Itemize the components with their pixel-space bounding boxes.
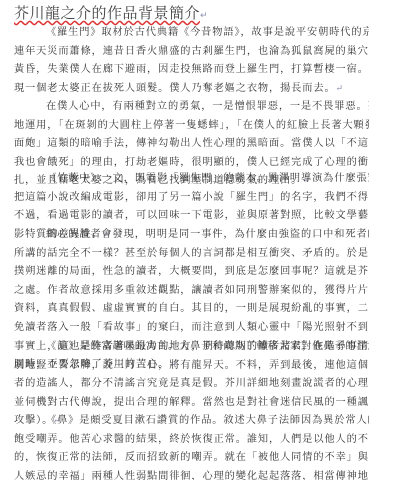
text-line: 《鼻》是頗受夏目漱石讚賞的作品。敘述大鼻子法師因為異於常人的鼻子而 [14,412,369,431]
text-line: 黃昏，失業僕人在廊下避雨，因走投無路而登上羅生門，打算暫棲一宿。意外發 [14,61,369,80]
text-line: 面皰」這類的暗喻手法，傳神勾勒出人性心理的黑暗面。當僕人以「不這樣做， [14,135,369,154]
text-line: 細心的讀者會發現，明明是同一事件，為什麼由強盜的口中和死者的口中， [14,226,369,245]
text-line: 撲朔迷離的局面，性急的讀者，大概要問，到底是怎麼回事呢？這就是芥川高明 [14,263,369,282]
text-line: 《龍》是饒富趣味的寓言。大鼻子和尚為了轉移大家對他鼻子的注意，惡作 [14,338,369,357]
text-line: 現一個老太婆正在拔死人頭髮。僕人乃奪老嫗之衣物，揚長而去。↵ [14,80,369,99]
text-line: 連年天災而蕭條，連昔日香火鼎盛的古剎羅生門，也淪為狐鼠窩屍的巢穴。某日 [14,43,369,62]
text-line: 劇地豎立告示牌，說三月三日，將有龍昇天。不料，弄到最後，連他這個始作俑 [14,357,369,376]
text-line: 在僕人心中，有兩種對立的勇氣，一是憎恨罪惡，一是不畏罪惡。芥川巧妙 [14,98,369,117]
text-line: 之處。作者故意採用多重敘述觀點，讓讀者如同刑警辦案似的，獲得片片斷斷的 [14,282,369,301]
text-line: 把這篇小說改編成電影，卻用了另一篇小說「羅生門」的名字，我們不得而知。 [14,189,369,208]
text-line: 者的造謠人，都分不清謠言究竟是真是假。芥川詳細地刻畫說謊者的心理變化， [14,375,369,394]
document-title: 芥川龍之介的作品背景簡介↵ [14,2,208,23]
paragraph-mark-icon: ↵ [336,84,344,94]
text-line: 《竹藪中》一文，即電影「羅生門」的藍本。黑澤明導演為什麼張冠李戴， [14,170,369,189]
document-page: 芥川龍之介的作品背景簡介↵ 《羅生門》取材於古代典籍《今昔物語》，故事是說平安朝… [0,0,411,480]
title-text: 芥川龍之介的作品背景簡介 [14,4,200,22]
paragraph-nose: 《鼻》是頗受夏目漱石讚賞的作品。敘述大鼻子法師因為異於常人的鼻子而 飽受嘲弄。他… [14,412,369,480]
text-line: 不過，看過電影的讀者，可以回味一下電影，並與原著對照，比較文學藝術與電 [14,207,369,226]
text-line: 飽受嘲弄。他苦心求醫的結果，終於恢復正常。誰知，人們是以他人的不幸為樂 [14,431,369,450]
paragraph-mark-icon: ↵ [200,11,208,21]
text-line: 人嫉忌的幸福」兩種人性弱點間徘徊，心理的變化起起落落，相當傳神地描繪出 [14,468,369,480]
text-line: 免讀者落入一般「看故事」的窠臼，而注意到人類心靈中「陽光照射不到的角落」， [14,319,369,338]
text-line: 的，恢復正常的法師，反而招致新的嘲弄。就在「被他人同情的不幸」與「被他 [14,449,369,468]
text-line: 並伺機對古代傳說，提出合理的解釋。當然也是對社會迷信民風的一種諷刺（或 [14,394,369,413]
text-line: 資料，真真假假、虛虛實實的自白。其目的，一則是展現紛亂的事實，二則是避 [14,300,369,319]
text-line: 地運用，「在斑剝的大圓柱上停著一隻蟋蟀」，「在僕人的紅臉上長著大顆發膿的 [14,117,369,136]
paragraph-rashomon: 《羅生門》取材於古代典籍《今昔物語》，故事是說平安朝時代的京都，因 連年天災而蕭… [14,24,369,98]
text-line: 所講的話完全不一樣？甚至於每個人的言詞都是相互衝突、矛盾的。於是，形成 [14,245,369,264]
text-line: 《羅生門》取材於古代典籍《今昔物語》，故事是說平安朝時代的京都，因 [14,24,369,43]
